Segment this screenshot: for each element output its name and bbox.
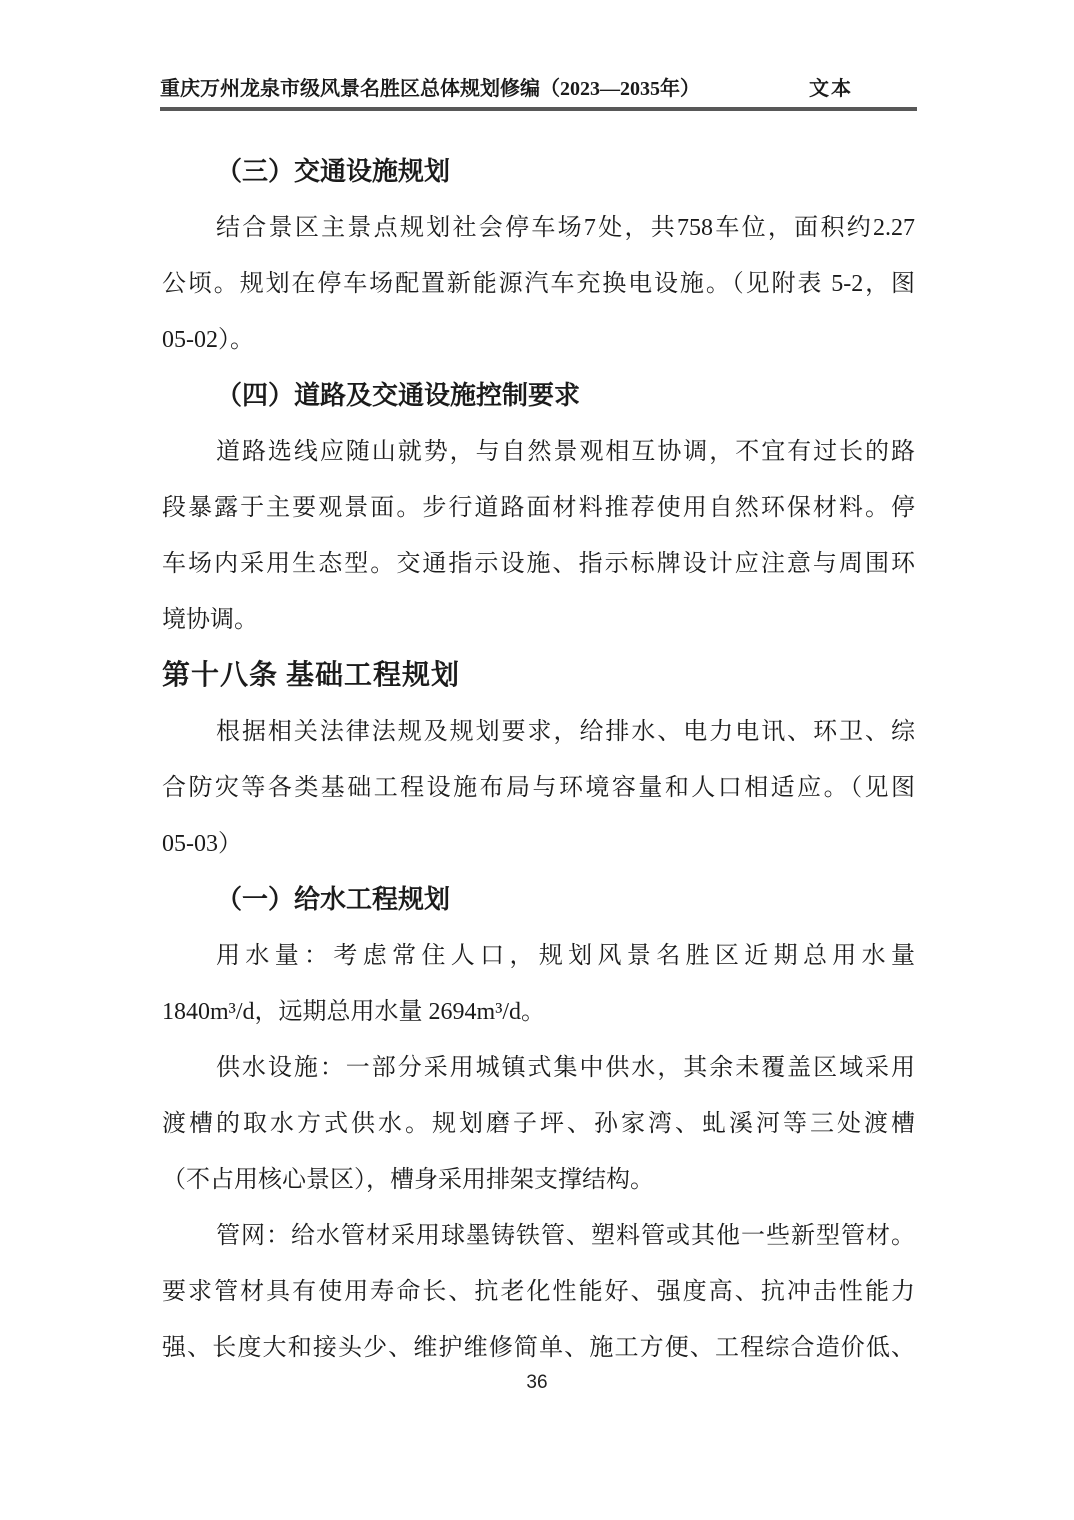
- header-doc-type: 文本: [809, 74, 853, 104]
- para-parking-line-3: 05-02）。: [162, 312, 915, 368]
- para-road-line-4: 境协调。: [162, 592, 915, 648]
- para-road-line-3: 车场内采用生态型。交通指示设施、指示标牌设计应注意与周围环: [162, 536, 915, 592]
- document-page: 重庆万州龙泉市级风景名胜区总体规划修编（2023—2035年） 文本 （三）交通…: [0, 0, 1074, 1520]
- heading-section-1: （一）给水工程规划: [162, 872, 915, 928]
- para-water-demand-line-2: 1840m³/d，远期总用水量 2694m³/d。: [162, 984, 915, 1040]
- page-number: 36: [0, 1372, 1074, 1394]
- para-pipe-network-line-1: 管网：给水管材采用球墨铸铁管、塑料管或其他一些新型管材。: [162, 1208, 915, 1264]
- para-water-supply-line-1: 供水设施：一部分采用城镇式集中供水，其余未覆盖区域采用: [162, 1040, 915, 1096]
- para-water-supply-line-3: （不占用核心景区），槽身采用排架支撑结构。: [162, 1152, 915, 1208]
- page-header: 重庆万州龙泉市级风景名胜区总体规划修编（2023—2035年） 文本: [160, 74, 917, 111]
- heading-section-4: （四）道路及交通设施控制要求: [162, 368, 915, 424]
- para-parking-line-2: 公顷。规划在停车场配置新能源汽车充换电设施。（见附表 5-2，图: [162, 256, 915, 312]
- para-parking-line-1: 结合景区主景点规划社会停车场7处，共758车位，面积约2.27: [162, 200, 915, 256]
- para-pipe-network-line-2: 要求管材具有使用寿命长、抗老化性能好、强度高、抗冲击性能力: [162, 1264, 915, 1320]
- heading-article-18: 第十八条 基础工程规划: [162, 648, 915, 704]
- document-body: （三）交通设施规划 结合景区主景点规划社会停车场7处，共758车位，面积约2.2…: [162, 144, 915, 1376]
- heading-section-3: （三）交通设施规划: [162, 144, 915, 200]
- para-infra-line-1: 根据相关法律法规及规划要求，给排水、电力电讯、环卫、综: [162, 704, 915, 760]
- para-infra-line-3: 05-03）: [162, 816, 915, 872]
- header-title: 重庆万州龙泉市级风景名胜区总体规划修编（2023—2035年）: [160, 74, 700, 104]
- para-pipe-network-line-3: 强、长度大和接头少、维护维修简单、施工方便、工程综合造价低、: [162, 1320, 915, 1376]
- para-infra-line-2: 合防灾等各类基础工程设施布局与环境容量和人口相适应。（见图: [162, 760, 915, 816]
- para-road-line-2: 段暴露于主要观景面。步行道路面材料推荐使用自然环保材料。停: [162, 480, 915, 536]
- para-road-line-1: 道路选线应随山就势，与自然景观相互协调，不宜有过长的路: [162, 424, 915, 480]
- para-water-supply-line-2: 渡槽的取水方式供水。规划磨子坪、孙家湾、虬溪河等三处渡槽: [162, 1096, 915, 1152]
- para-water-demand-line-1: 用水量：考虑常住人口，规划风景名胜区近期总用水量: [162, 928, 915, 984]
